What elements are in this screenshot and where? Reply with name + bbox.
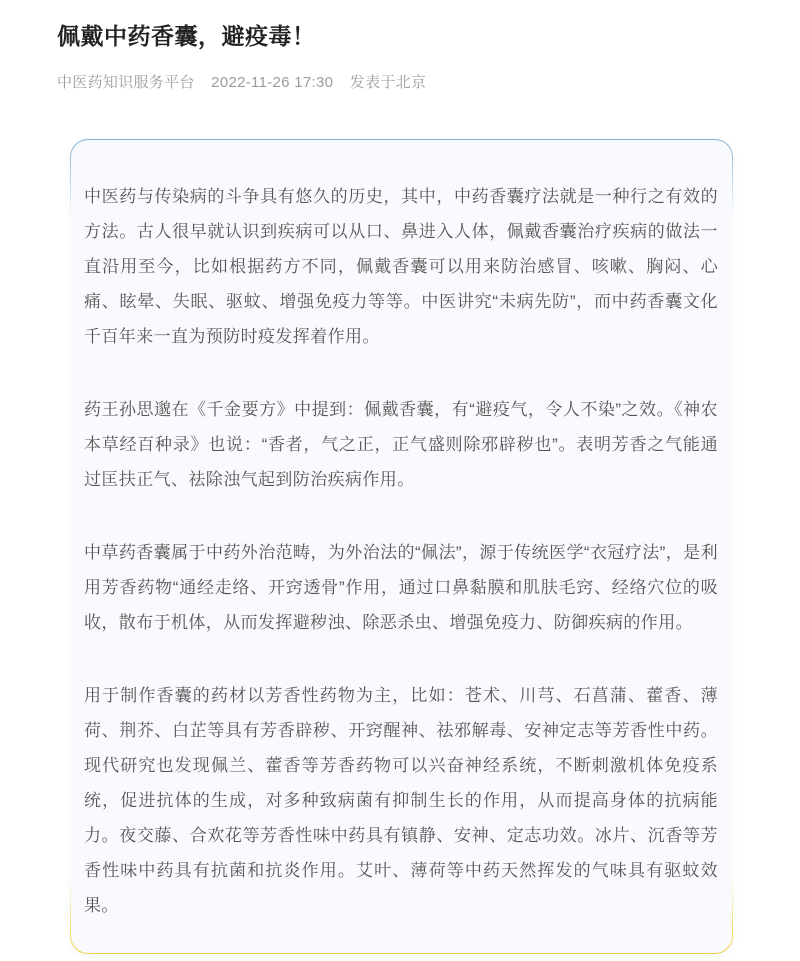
paragraph-herbs: 用于制作香囊的药材以芳香性药物为主，比如：苍术、川芎、石菖蒲、藿香、薄荷、荆芥、… — [84, 678, 718, 923]
paragraph-external-therapy: 中草药香囊属于中药外治范畴，为外治法的“佩法”，源于传统医学“衣冠疗法”，是利用… — [84, 535, 718, 640]
paragraph-classics: 药王孙思邈在《千金要方》中提到：佩戴香囊，有“避疫气，令人不染”之效。《神农本草… — [84, 392, 718, 497]
article-header: 佩戴中药香囊，避疫毒！ 中医药知识服务平台 2022-11-26 17:30 发… — [57, 22, 740, 92]
content-card-inner: 中医药与传染病的斗争具有悠久的历史，其中，中药香囊疗法就是一种行之有效的方法。古… — [71, 140, 732, 953]
article-page: 佩戴中药香囊，避疫毒！ 中医药知识服务平台 2022-11-26 17:30 发… — [0, 0, 800, 961]
article-byline: 中医药知识服务平台 2022-11-26 17:30 发表于北京 — [57, 71, 740, 92]
article-title: 佩戴中药香囊，避疫毒！ — [57, 22, 740, 52]
publish-date: 2022-11-26 17:30 — [211, 74, 333, 91]
paragraph-history: 中医药与传染病的斗争具有悠久的历史，其中，中药香囊疗法就是一种行之有效的方法。古… — [84, 179, 718, 354]
publish-location: 发表于北京 — [350, 74, 427, 91]
content-card: 中医药与传染病的斗争具有悠久的历史，其中，中药香囊疗法就是一种行之有效的方法。古… — [70, 139, 733, 954]
account-name-link[interactable]: 中医药知识服务平台 — [57, 74, 195, 91]
